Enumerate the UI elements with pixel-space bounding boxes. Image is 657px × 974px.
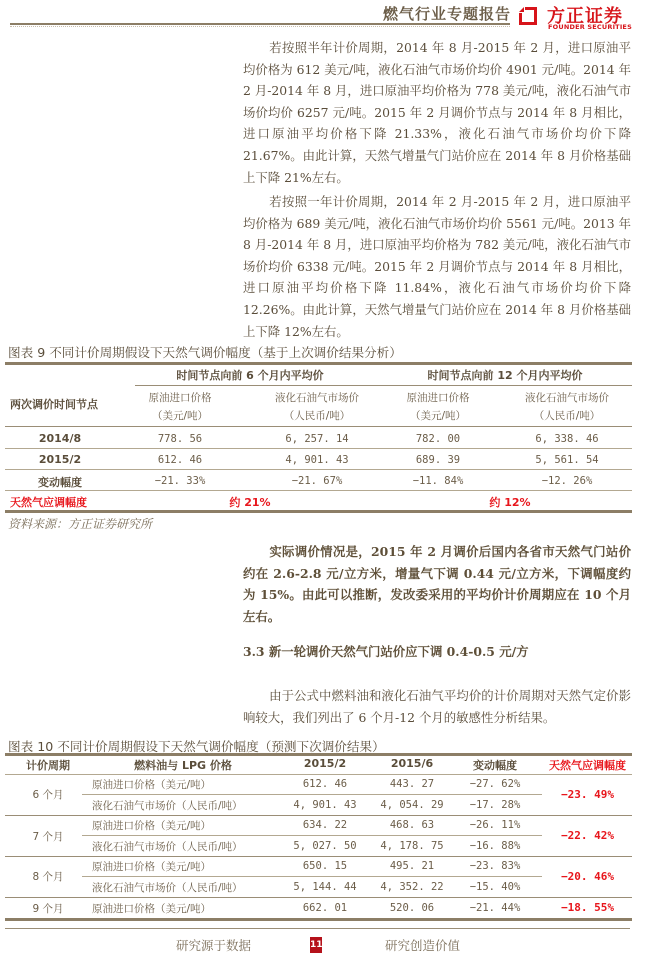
report-title: 燃气行业专题报告 xyxy=(383,3,511,24)
table9-row-header-label: 两次调价时间节点 xyxy=(10,396,98,412)
row-label: 2014/8 xyxy=(0,432,120,445)
result-value: −22. 42% xyxy=(540,829,635,842)
result-6m: 约 21% xyxy=(210,494,290,510)
cell: −23. 83% xyxy=(455,860,535,872)
cell: 443. 27 xyxy=(372,778,452,790)
cell: −26. 11% xyxy=(455,819,535,831)
item-label: 液化石油气市场价（人民币/吨） xyxy=(92,880,243,895)
cell: 612. 46 xyxy=(285,778,365,790)
row-divider xyxy=(5,448,632,449)
group-divider xyxy=(5,897,632,898)
result-label: 天然气应调幅度 xyxy=(10,494,87,510)
cell: 468. 63 xyxy=(372,819,452,831)
period-label: 8 个月 xyxy=(8,869,88,884)
table9-subheader-1-unit: （美元/吨） xyxy=(120,408,240,423)
logo-text-en: FOUNDER SECURITIES xyxy=(548,23,632,31)
cell: 650. 15 xyxy=(285,860,365,872)
row-divider xyxy=(82,876,542,877)
table9-subheader-4-unit: （人民币/吨） xyxy=(482,408,652,423)
row-divider xyxy=(82,794,542,795)
table9-subheader-4: 液化石油气市场价 xyxy=(482,390,652,405)
header-divider-dotted xyxy=(10,26,510,27)
table9-top-rule xyxy=(5,362,632,365)
cell: −16. 88% xyxy=(455,840,535,852)
cell: 4, 901. 43 xyxy=(232,454,402,466)
cell: 5, 027. 50 xyxy=(285,840,365,852)
cell: 4, 054. 29 xyxy=(372,799,452,811)
result-value: −23. 49% xyxy=(540,788,635,801)
footer-slogan-right: 研究创造价值 xyxy=(385,936,460,954)
item-label: 原油进口价格（美元/吨） xyxy=(92,777,211,792)
figure-9-title: 图表 9 不同计价周期假设下天然气调价幅度（基于上次调价结果分析） xyxy=(8,342,402,361)
paragraph-half-year: 若按照半年计价周期，2014 年 8 月-2015 年 2 月，进口原油平均价格… xyxy=(243,37,631,188)
row-divider xyxy=(5,469,632,470)
cell: 634. 22 xyxy=(285,819,365,831)
cell: 4, 178. 75 xyxy=(372,840,452,852)
cell: 520. 06 xyxy=(372,902,452,914)
table10-header-change: 变动幅度 xyxy=(455,757,535,773)
row-label: 2015/2 xyxy=(0,453,120,466)
cell: −15. 40% xyxy=(455,881,535,893)
cell: −27. 62% xyxy=(455,778,535,790)
result-value: −18. 55% xyxy=(540,901,635,914)
table10-header-2015-2: 2015/2 xyxy=(285,757,365,770)
item-label: 原油进口价格（美元/吨） xyxy=(92,818,211,833)
founder-securities-logo: 方正证券 FOUNDER SECURITIES xyxy=(517,2,657,32)
cell: −21. 33% xyxy=(120,475,240,487)
paragraph-text: 由于公式中燃料油和液化石油气平均价的计价周期对天然气定价影响较大，我们列出了 6… xyxy=(243,688,631,725)
source-note: 资料来源：方正证券研究所 xyxy=(8,515,152,532)
cell: 778. 56 xyxy=(120,433,240,445)
cell: 782. 00 xyxy=(378,433,498,445)
row-label: 变动幅度 xyxy=(0,474,120,490)
period-label: 6 个月 xyxy=(8,787,88,802)
table10-header-period: 计价周期 xyxy=(8,757,88,773)
table9-group-header-12m: 时间节点向前 12 个月内平均价 xyxy=(385,367,625,383)
cell: 6, 257. 14 xyxy=(232,433,402,445)
section-heading-3-3: 3.3 新一轮调价天然气门站价应下调 0.4-0.5 元/方 xyxy=(243,642,529,660)
cell: 495. 21 xyxy=(372,860,452,872)
cell: −11. 84% xyxy=(378,475,498,487)
group-divider xyxy=(5,815,632,816)
paragraph-text: 若按照一年计价周期，2014 年 2 月-2015 年 2 月，进口原油平均价格… xyxy=(243,194,631,339)
period-label: 7 个月 xyxy=(8,829,88,844)
table9-header-bottom-rule xyxy=(5,426,632,427)
logo-mark-icon xyxy=(517,5,539,27)
paragraph-actual-adjustment: 实际调价情况是，2015 年 2 月调价后国内各省市天然气门站价约在 2.6-2… xyxy=(243,541,631,627)
cell: 4, 352. 22 xyxy=(372,881,452,893)
cell: −21. 44% xyxy=(455,902,535,914)
cell: 6, 338. 46 xyxy=(482,433,652,445)
paragraph-one-year: 若按照一年计价周期，2014 年 2 月-2015 年 2 月，进口原油平均价格… xyxy=(243,191,631,342)
cell: 662. 01 xyxy=(285,902,365,914)
table9-subheader-3: 原油进口价格 xyxy=(378,390,498,405)
cell: −21. 67% xyxy=(232,475,402,487)
result-value: −20. 46% xyxy=(540,870,635,883)
header-divider xyxy=(10,23,510,25)
cell: 689. 39 xyxy=(378,454,498,466)
item-label: 原油进口价格（美元/吨） xyxy=(92,901,211,916)
cell: −12. 26% xyxy=(482,475,652,487)
item-label: 原油进口价格（美元/吨） xyxy=(92,859,211,874)
table10-header-2015-6: 2015/6 xyxy=(372,757,452,770)
paragraph-text: 若按照半年计价周期，2014 年 8 月-2015 年 2 月，进口原油平均价格… xyxy=(243,40,631,185)
table9-subheader-1: 原油进口价格 xyxy=(120,390,240,405)
table9-bottom-rule xyxy=(5,510,632,513)
row-divider xyxy=(82,835,542,836)
paragraph-text: 实际调价情况是，2015 年 2 月调价后国内各省市天然气门站价约在 2.6-2… xyxy=(243,544,631,624)
footer-divider xyxy=(5,928,630,929)
table10-top-rule xyxy=(5,753,632,756)
table9-group-header-6m: 时间节点向前 6 个月内平均价 xyxy=(130,367,370,383)
item-label: 液化石油气市场价（人民币/吨） xyxy=(92,798,243,813)
cell: 5, 561. 54 xyxy=(482,454,652,466)
cell: −17. 28% xyxy=(455,799,535,811)
table9-group-divider xyxy=(135,385,632,386)
table9-subheader-2: 液化石油气市场价 xyxy=(232,390,402,405)
cell: 5, 144. 44 xyxy=(285,881,365,893)
item-label: 液化石油气市场价（人民币/吨） xyxy=(92,839,243,854)
row-divider xyxy=(5,490,632,491)
cell: 612. 46 xyxy=(120,454,240,466)
table10-bottom-rule xyxy=(5,918,632,921)
page-number: 11 xyxy=(310,937,322,953)
table10-header-result: 天然气应调幅度 xyxy=(540,757,635,773)
group-divider xyxy=(5,856,632,857)
period-label: 9 个月 xyxy=(8,901,88,916)
cell: 4, 901. 43 xyxy=(285,799,365,811)
result-12m: 约 12% xyxy=(470,494,550,510)
table9-subheader-3-unit: （美元/吨） xyxy=(378,408,498,423)
header-divider xyxy=(5,774,632,775)
page-header: 燃气行业专题报告 方正证券 FOUNDER SECURITIES xyxy=(0,0,657,34)
footer-slogan-left: 研究源于数据 xyxy=(176,936,251,954)
table10-header-item: 燃料油与 LPG 价格 xyxy=(88,757,278,773)
table9-subheader-2-unit: （人民币/吨） xyxy=(232,408,402,423)
paragraph-sensitivity: 由于公式中燃料油和液化石油气平均价的计价周期对天然气定价影响较大，我们列出了 6… xyxy=(243,685,631,728)
